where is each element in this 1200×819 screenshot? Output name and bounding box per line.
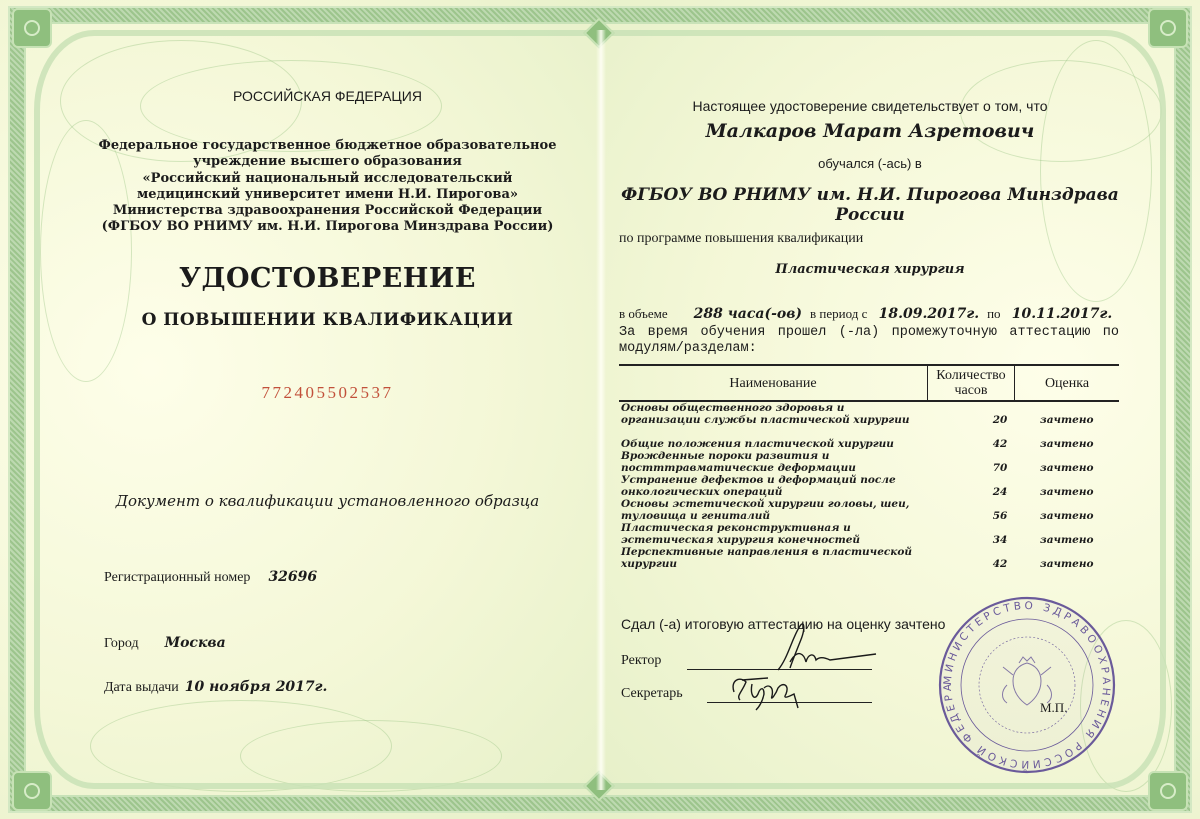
- serial-number: 772405502537: [60, 383, 595, 403]
- country-heading: РОССИЙСКАЯ ФЕДЕРАЦИЯ: [60, 88, 595, 104]
- program-name: Пластическая хирургия: [615, 262, 1125, 277]
- module-hours: 34: [928, 522, 1015, 546]
- table-row: Общие положения пластической хирургии42з…: [619, 426, 1119, 450]
- issue-date-value: 10 ноября 2017г.: [185, 679, 328, 695]
- column-header-hours: Количество часов: [928, 365, 1015, 401]
- modules-table: Наименование Количество часов Оценка Осн…: [619, 364, 1119, 570]
- program-volume: в объеме288 часа(-ов)в период с 18.09.20…: [619, 306, 1120, 322]
- module-grade: зачтено: [1015, 450, 1120, 474]
- corner-ornament-icon: [12, 8, 52, 48]
- secretary-signature-row: Секретарь: [621, 686, 683, 702]
- corner-ornament-icon: [1148, 8, 1188, 48]
- official-stamp-icon: МИНИСТЕРСТВО ЗДРАВООХРАНЕНИЯ РОССИЙСКОЙ …: [937, 595, 1117, 775]
- secretary-label: Секретарь: [621, 686, 683, 701]
- page-fold: [596, 30, 606, 790]
- institution-name: ФГБОУ ВО РНИМУ им. Н.И. Пирогова Минздра…: [615, 185, 1125, 225]
- volume-hours: 288 часа(-ов): [694, 306, 802, 322]
- table-row: Устранение дефектов и деформаций после о…: [619, 474, 1119, 498]
- table-header-row: Наименование Количество часов Оценка: [619, 365, 1119, 401]
- module-hours: 56: [928, 498, 1015, 522]
- module-grade: зачтено: [1015, 546, 1120, 570]
- module-grade: зачтено: [1015, 401, 1120, 426]
- module-grade: зачтено: [1015, 474, 1120, 498]
- module-name: Устранение дефектов и деформаций после о…: [619, 474, 928, 498]
- document-title: УДОСТОВЕРЕНИЕ: [60, 263, 595, 294]
- studied-label: обучался (-ась) в: [615, 156, 1125, 171]
- rector-label: Ректор: [621, 653, 661, 668]
- document-type: Документ о квалификации установленного о…: [60, 492, 595, 510]
- rector-signature-row: Ректор: [621, 653, 661, 669]
- document-subtitle: О ПОВЫШЕНИИ КВАЛИФИКАЦИИ: [60, 310, 595, 330]
- table-row: Врожденные пороки развития и постттравма…: [619, 450, 1119, 474]
- module-hours: 20: [928, 401, 1015, 426]
- attestation-text: За время обучения прошел (-ла) промежуто…: [619, 325, 1119, 357]
- issue-date-field: Дата выдачи10 ноября 2017г.: [104, 679, 327, 696]
- module-name: Перспективные направления в пластической…: [619, 546, 928, 570]
- module-name: Основы общественного здоровья и организа…: [619, 401, 928, 426]
- seal-place-label: М.П.: [1040, 700, 1067, 716]
- module-grade: зачтено: [1015, 498, 1120, 522]
- module-name: Пластическая реконструктивная и эстетиче…: [619, 522, 928, 546]
- table-row: Основы общественного здоровья и организа…: [619, 401, 1119, 426]
- period-start: 18.09.2017г.: [879, 306, 979, 322]
- module-grade: зачтено: [1015, 522, 1120, 546]
- city-value: Москва: [165, 635, 226, 651]
- module-hours: 42: [928, 546, 1015, 570]
- table-row: Пластическая реконструктивная и эстетиче…: [619, 522, 1119, 546]
- city-field: ГородМосква: [104, 635, 226, 652]
- registration-label: Регистрационный номер: [104, 570, 250, 585]
- module-hours: 70: [928, 450, 1015, 474]
- holder-full-name: Малкаров Марат Азретович: [615, 120, 1125, 142]
- module-grade: зачтено: [1015, 426, 1120, 450]
- table-row: Перспективные направления в пластической…: [619, 546, 1119, 570]
- module-hours: 42: [928, 426, 1015, 450]
- organization-name: Федеральное государственное бюджетное об…: [60, 138, 595, 236]
- module-name: Врожденные пороки развития и постттравма…: [619, 450, 928, 474]
- registration-number-field: Регистрационный номер32696: [104, 569, 317, 586]
- module-hours: 24: [928, 474, 1015, 498]
- column-header-grade: Оценка: [1015, 365, 1120, 401]
- table-row: Основы эстетической хирургии головы, шеи…: [619, 498, 1119, 522]
- module-name: Основы эстетической хирургии головы, шеи…: [619, 498, 928, 522]
- registration-value: 32696: [268, 569, 317, 585]
- city-label: Город: [104, 636, 139, 651]
- rector-signature-icon: [770, 618, 880, 678]
- issue-date-label: Дата выдачи: [104, 680, 179, 695]
- column-header-name: Наименование: [619, 365, 928, 401]
- corner-ornament-icon: [12, 771, 52, 811]
- secretary-signature-icon: [728, 672, 818, 712]
- period-end: 10.11.2017г.: [1012, 306, 1112, 322]
- program-label: по программе повышения квалификации: [619, 231, 863, 247]
- certificate-intro: Настоящее удостоверение свидетельствует …: [615, 98, 1125, 114]
- module-name: Общие положения пластической хирургии: [619, 426, 928, 450]
- left-page: РОССИЙСКАЯ ФЕДЕРАЦИЯ Федеральное государ…: [60, 0, 595, 819]
- corner-ornament-icon: [1148, 771, 1188, 811]
